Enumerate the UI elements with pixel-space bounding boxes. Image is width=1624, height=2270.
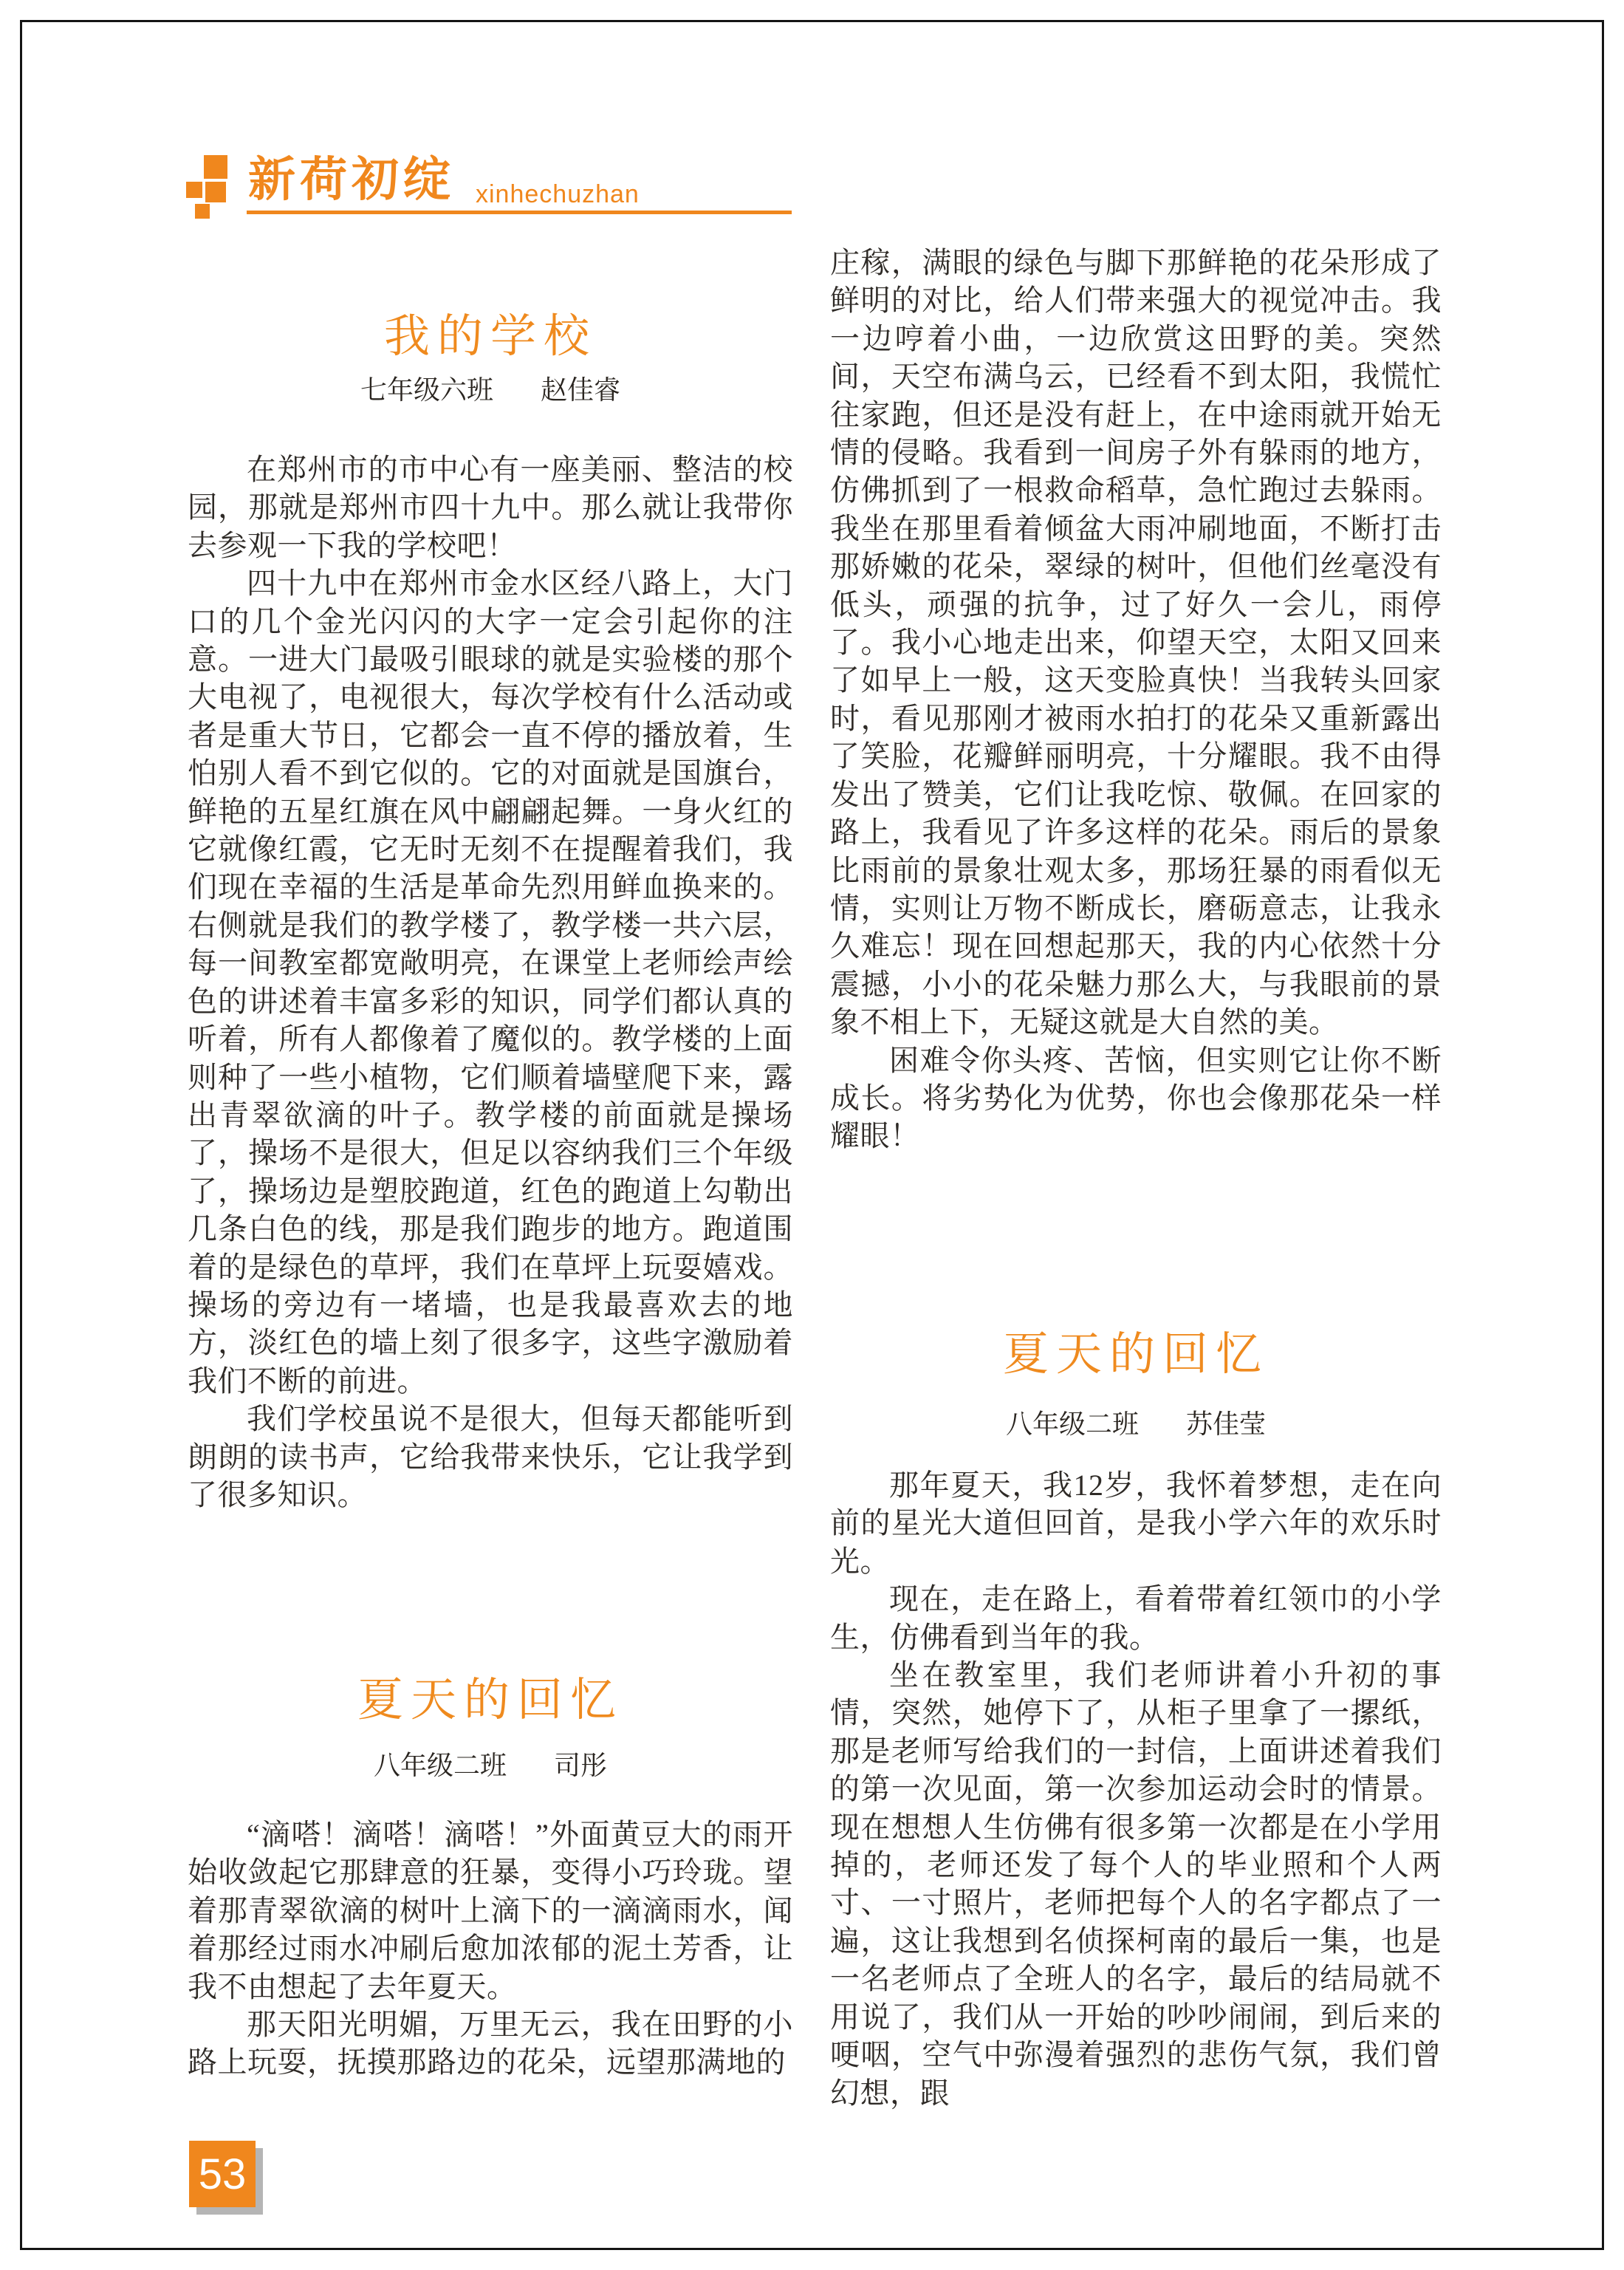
column-left: 我的学校 七年级六班赵佳睿 在郑州市的市中心有一座美丽、整洁的校园，那就是郑州市… bbox=[188, 0, 793, 2270]
article-body-summer-si-continuation: 庄稼，满眼的绿色与脚下那鲜艳的花朵形成了鲜明的对比，给人们带来强大的视觉冲击。我… bbox=[830, 244, 1442, 1155]
column-right: 庄稼，满眼的绿色与脚下那鲜艳的花朵形成了鲜明的对比，给人们带来强大的视觉冲击。我… bbox=[830, 0, 1442, 2270]
magazine-page: 新荷初绽 xinhechuzhan 我的学校 七年级六班赵佳睿 在郑州市的市中心… bbox=[0, 0, 1624, 2270]
body-paragraph: 那天阳光明媚，万里无云，我在田野的小路上玩耍，抚摸那路边的花朵，远望那满地的 bbox=[188, 2006, 793, 2082]
article-title-school: 我的学校 bbox=[188, 310, 793, 363]
body-paragraph: 那年夏天，我12岁，我怀着梦想，走在向前的星光大道但回首，是我小学六年的欢乐时光… bbox=[830, 1466, 1442, 1580]
body-paragraph: 我们学校虽说不是很大，但每天都能听到朗朗的读书声，它给我带来快乐，它让我学到了很… bbox=[188, 1400, 793, 1514]
article-title-summer-si: 夏天的回忆 bbox=[188, 1674, 793, 1727]
byline-class: 八年级二班 bbox=[374, 1751, 507, 1780]
byline-author: 赵佳睿 bbox=[541, 374, 620, 406]
body-paragraph: 坐在教室里，我们老师讲着小升初的事情，突然，她停下了，从柜子里拿了一摞纸，那是老… bbox=[830, 1656, 1442, 2112]
body-paragraph: 庄稼，满眼的绿色与脚下那鲜艳的花朵形成了鲜明的对比，给人们带来强大的视觉冲击。我… bbox=[830, 244, 1442, 1042]
body-paragraph: 现在，走在路上，看着带着红领巾的小学生，仿佛看到当年的我。 bbox=[830, 1580, 1442, 1656]
byline-class: 七年级六班 bbox=[360, 375, 493, 405]
body-paragraph: 四十九中在郑州市金水区经八路上，大门口的几个金光闪闪的大字一定会引起你的注意。一… bbox=[188, 564, 793, 1400]
byline-class: 八年级二班 bbox=[1006, 1409, 1139, 1439]
page-number-badge: 53 bbox=[189, 2141, 256, 2207]
article-byline-summer-si: 八年级二班司彤 bbox=[188, 1749, 793, 1782]
article-body-summer-su: 那年夏天，我12岁，我怀着梦想，走在向前的星光大道但回首，是我小学六年的欢乐时光… bbox=[830, 1466, 1442, 2112]
byline-author: 苏佳莹 bbox=[1186, 1408, 1266, 1440]
article-body-summer-si: “滴嗒！滴嗒！滴嗒！”外面黄豆大的雨开始收敛起它那肆意的狂暴，变得小巧玲珑。望着… bbox=[188, 1816, 793, 2082]
body-paragraph: “滴嗒！滴嗒！滴嗒！”外面黄豆大的雨开始收敛起它那肆意的狂暴，变得小巧玲珑。望着… bbox=[188, 1816, 793, 2006]
body-paragraph: 在郑州市的市中心有一座美丽、整洁的校园，那就是郑州市四十九中。那么就让我带你去参… bbox=[188, 451, 793, 564]
article-body-school: 在郑州市的市中心有一座美丽、整洁的校园，那就是郑州市四十九中。那么就让我带你去参… bbox=[188, 451, 793, 1514]
body-paragraph: 困难令你头疼、苦恼，但实则它让你不断成长。将劣势化为优势，你也会像那花朵一样耀眼… bbox=[830, 1042, 1442, 1155]
article-byline-summer-su: 八年级二班苏佳莹 bbox=[830, 1408, 1442, 1440]
article-title-summer-su: 夏天的回忆 bbox=[830, 1328, 1442, 1381]
article-byline-school: 七年级六班赵佳睿 bbox=[188, 374, 793, 406]
byline-author: 司彤 bbox=[554, 1749, 607, 1782]
